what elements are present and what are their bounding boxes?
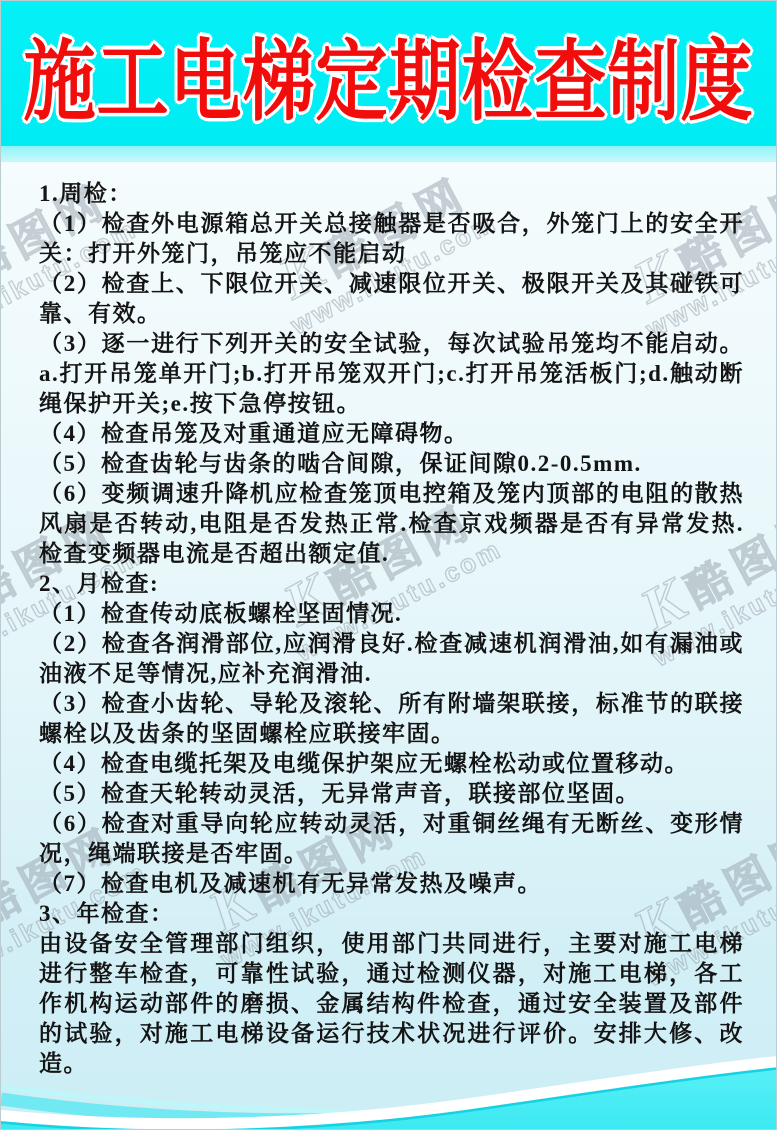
inspection-poster: 施工电梯定期检查制度 K酷图网 www.ikutu.com K酷图网 www.i… [0, 0, 777, 1130]
monthly-item-5: （5）检查天轮转动灵活，无异常声音，联接部位坚固。 [39, 779, 744, 809]
monthly-item-2: （2）检查各润滑部位,应润滑良好.检查减速机润滑油,如有漏油或油液不足等情况,应… [39, 629, 744, 689]
section-heading-yearly: 3、年检查： [39, 899, 744, 929]
page-title: 施工电梯定期检查制度 [23, 10, 753, 137]
poster-body: 1.周检： （1）检查外电源箱总开关总接触器是否吸合，外笼门上的安全开关：打开外… [1, 162, 776, 1079]
section-heading-weekly: 1.周检： [39, 179, 744, 209]
weekly-item-4: （4）检查吊笼及对重通道应无障碍物。 [39, 419, 744, 449]
header-divider-band [1, 146, 776, 162]
bottom-wave-decoration [1, 999, 777, 1129]
weekly-item-6: （6）变频调速升降机应检查笼顶电控箱及笼内顶部的电阻的散热风扇是否转动,电阻是否… [39, 479, 744, 569]
weekly-item-2: （2）检查上、下限位开关、减速限位开关、极限开关及其碰铁可靠、有效。 [39, 269, 744, 329]
monthly-item-4: （4）检查电缆托架及电缆保护架应无螺栓松动或位置移动。 [39, 749, 744, 779]
monthly-item-7: （7）检查电机及减速机有无异常发热及噪声。 [39, 869, 744, 899]
monthly-item-6: （6）检查对重导向轮应转动灵活，对重铜丝绳有无断丝、变形情况，绳端联接是否牢固。 [39, 809, 744, 869]
monthly-item-3: （3）检查小齿轮、导轮及滚轮、所有附墙架联接，标准节的联接螺栓以及齿条的坚固螺栓… [39, 689, 744, 749]
monthly-item-1: （1）检查传动底板螺栓坚固情况. [39, 599, 744, 629]
weekly-item-1: （1）检查外电源箱总开关总接触器是否吸合，外笼门上的安全开关：打开外笼门，吊笼应… [39, 209, 744, 269]
weekly-item-5: （5）检查齿轮与齿条的啮合间隙，保证间隙0.2-0.5mm. [39, 449, 744, 479]
poster-header: 施工电梯定期检查制度 [1, 1, 776, 146]
weekly-item-3: （3）逐一进行下列开关的安全试验，每次试验吊笼均不能启动。a.打开吊笼单开门;b… [39, 329, 744, 419]
section-heading-monthly: 2、月检查: [39, 569, 744, 599]
